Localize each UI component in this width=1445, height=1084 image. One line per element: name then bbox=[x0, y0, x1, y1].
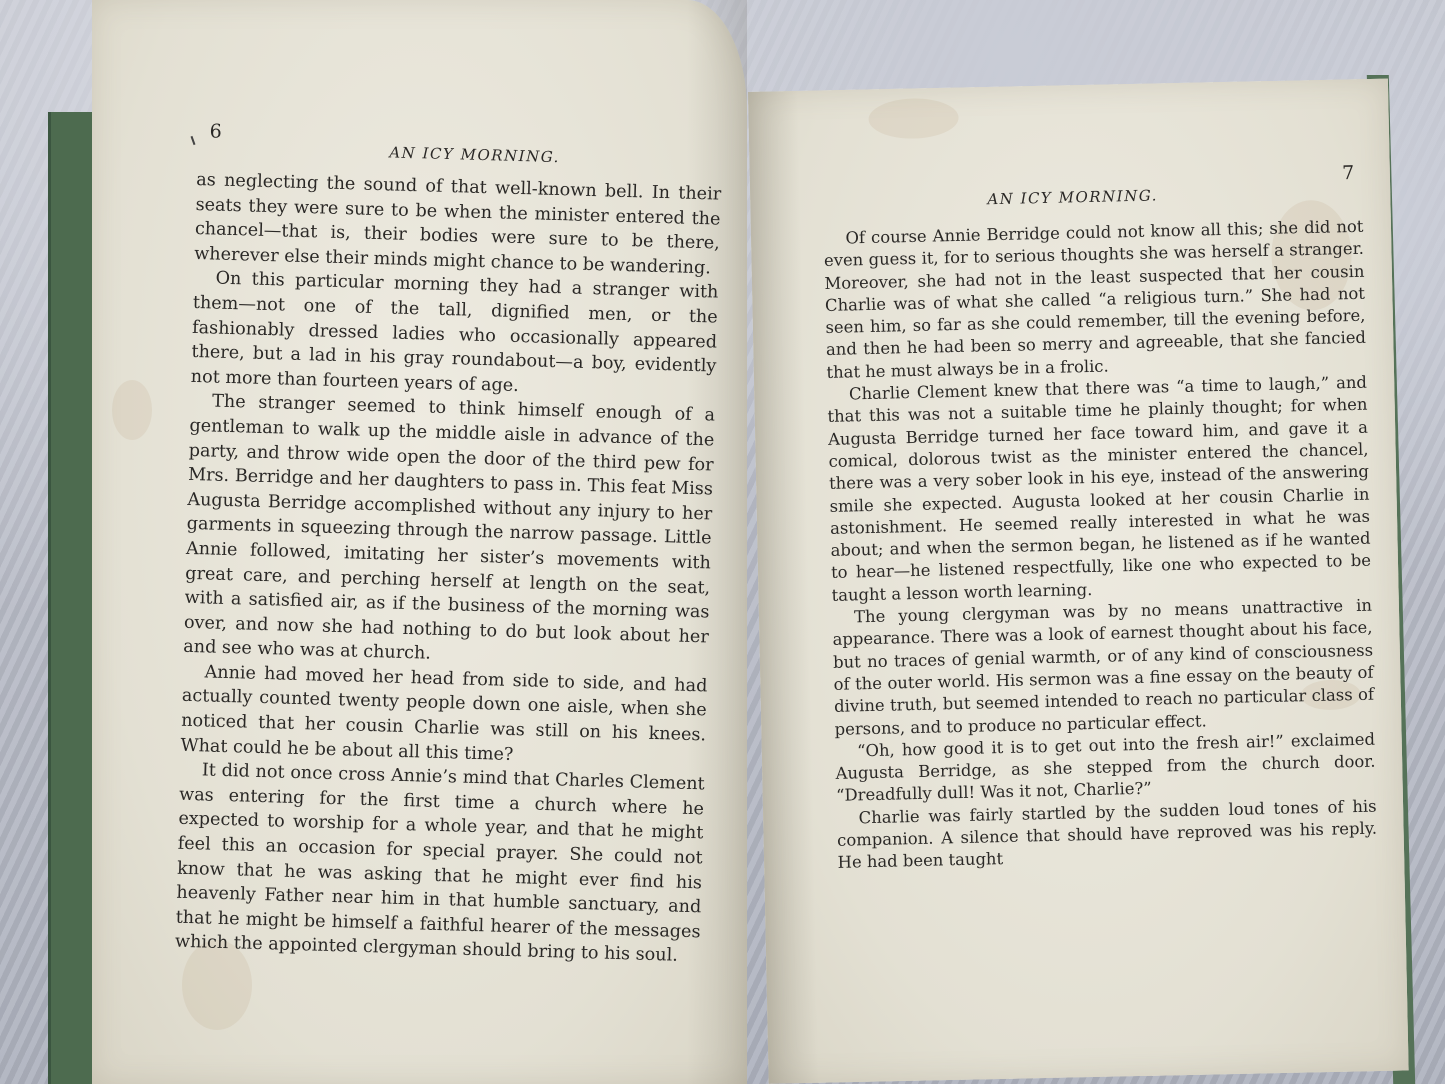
paper-stain bbox=[868, 98, 959, 140]
paragraph: The stranger seemed to think himself eno… bbox=[183, 389, 715, 674]
paragraph: It did not once cross Annie’s mind that … bbox=[175, 758, 705, 969]
page-number: 7 bbox=[1342, 162, 1355, 184]
paragraph: The young clergyman was by no means unat… bbox=[832, 595, 1375, 741]
right-page-text: 7 AN ICY MORNING. Of course Annie Berrid… bbox=[822, 160, 1378, 875]
paragraph: Of course Annie Berridge could not know … bbox=[823, 216, 1366, 384]
left-page-text: 6 AN ICY MORNING. as neglecting the soun… bbox=[175, 120, 723, 969]
paragraph: Annie had moved her head from side to si… bbox=[180, 660, 708, 773]
paper-stain bbox=[112, 380, 152, 440]
page-body: Of course Annie Berridge could not know … bbox=[823, 216, 1378, 875]
paragraph: “Oh, how good it is to get out into the … bbox=[835, 728, 1376, 807]
page-body: as neglecting the sound of that well-kno… bbox=[175, 168, 722, 969]
paragraph: Charlie was fairly startled by the sudde… bbox=[836, 795, 1377, 874]
paragraph: Charlie Clement knew that there was “a t… bbox=[827, 372, 1372, 607]
paragraph: as neglecting the sound of that well-kno… bbox=[194, 168, 722, 281]
page-number: 6 bbox=[209, 120, 222, 142]
paragraph: On this particular morning they had a st… bbox=[190, 266, 718, 404]
